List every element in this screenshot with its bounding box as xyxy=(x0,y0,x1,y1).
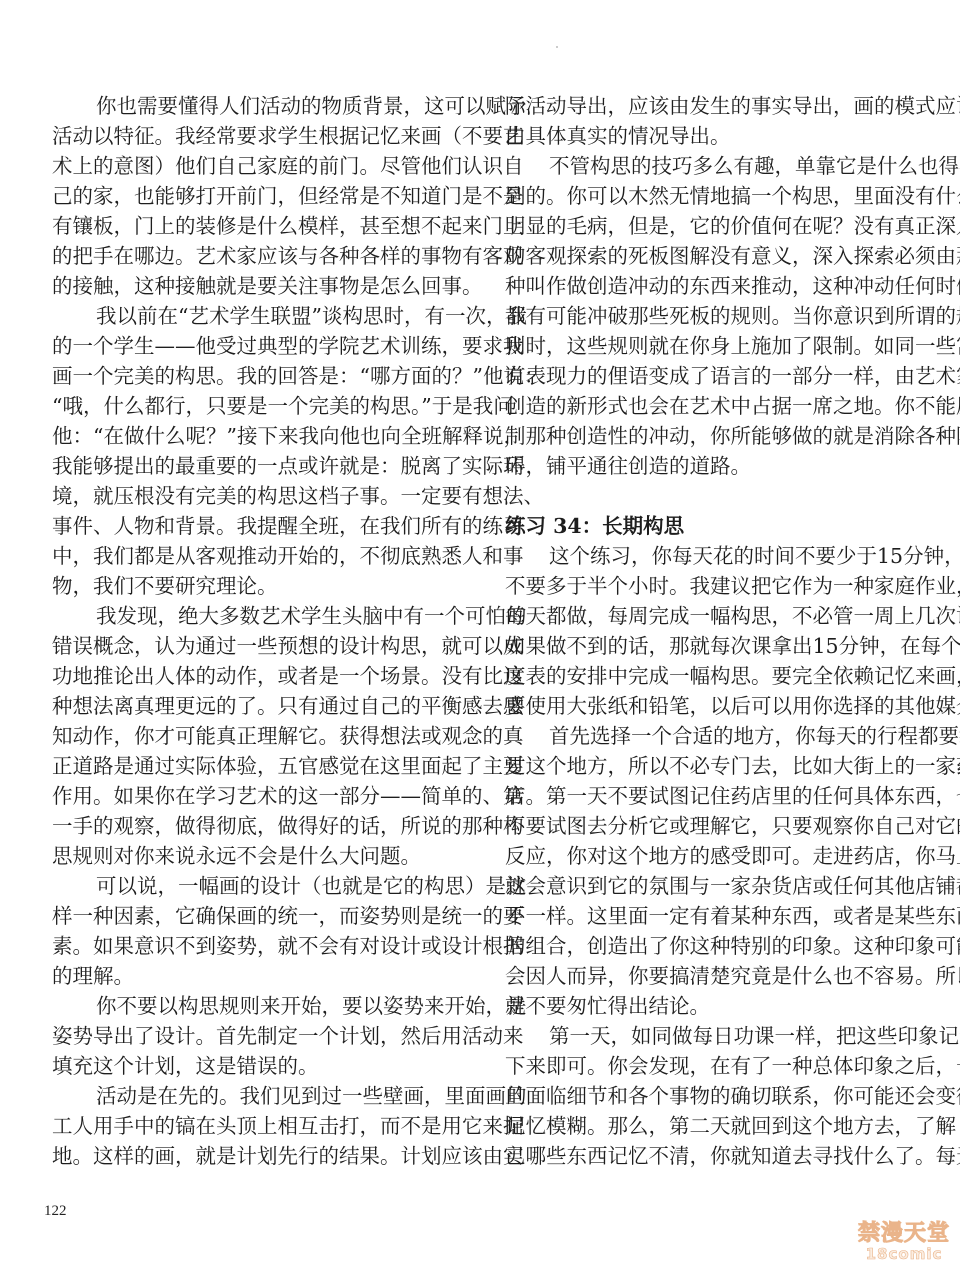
text-line: 要使用大张纸和铅笔，以后可以用你选择的其他媒介。 xyxy=(505,691,913,721)
text-line: 的把手在哪边。艺术家应该与各种各样的事物有客观 xyxy=(52,241,456,271)
text-line: 我以前在“艺术学生联盟”谈构思时，有一次，我 xyxy=(52,301,456,331)
watermark-logo: 禁漫天堂 18comic xyxy=(852,1222,956,1262)
text-line: 事件、人物和背景。我提醒全班，在我们所有的练习 xyxy=(52,511,456,541)
text-line: 思规则对你来说永远不会是什么大问题。 xyxy=(52,841,456,871)
text-line: 都有可能冲破那些死板的规则。当你意识到所谓的规 xyxy=(505,301,913,331)
text-line: 活动以特征。我经常要求学生根据记忆来画（不要艺 xyxy=(52,121,456,151)
text-line: 由具体真实的情况导出。 xyxy=(505,121,913,151)
text-line: 素。如果意识不到姿势，就不会有对设计或设计根据 xyxy=(52,931,456,961)
text-line: 的接触，这种接触就是要关注事物是怎么回事。 xyxy=(52,271,456,301)
text-line: 我发现，绝大多数艺术学生头脑中有一个可怕的 xyxy=(52,601,456,631)
text-line: 过这个地方，所以不必专门去，比如大街上的一家药 xyxy=(505,751,913,781)
book-page: 你也需要懂得人们活动的物质背景，这可以赋予 活动以特征。我经常要求学生根据记忆来… xyxy=(0,0,960,1270)
text-line: 术上的意图）他们自己家庭的前门。尽管他们认识自 xyxy=(52,151,456,181)
text-line: 你也需要懂得人们活动的物质背景，这可以赋予 xyxy=(52,91,456,121)
paragraph: 不管构思的技巧多么有趣，单靠它是什么也得不 到的。你可以木然无情地搞一个构思，里… xyxy=(505,151,913,481)
text-line: 一手的观察，做得彻底，做得好的话，所说的那种构 xyxy=(52,811,456,841)
text-line: 他：“在做什么呢？”接下来我向他也向全班解释说， xyxy=(52,421,456,451)
text-line: “哦，什么都行，只要是一个完美的构思。”于是我问 xyxy=(52,391,456,421)
paragraph: 这个练习，你每天花的时间不要少于15分钟，也 不要多于半个小时。我建议把它作为一… xyxy=(505,541,913,721)
text-line: 记忆模糊。那么，第二天就回到这个地方去，了解自 xyxy=(505,1111,913,1141)
text-line: 下来即可。你会发现，在有了一种总体印象之后，一 xyxy=(505,1051,913,1081)
text-line: 有镶板，门上的装修是什么模样，甚至想不起来门上 xyxy=(52,211,456,241)
text-line: 作用。如果你在学习艺术的这一部分——简单的、第 xyxy=(52,781,456,811)
text-line: 不要多于半个小时。我建议把它作为一种家庭作业， xyxy=(505,571,913,601)
watermark-subtitle: 18comic xyxy=(852,1246,956,1262)
text-line: 正道路是通过实际体验，五官感觉在这里面起了主要 xyxy=(52,751,456,781)
text-line: 填充这个计划，这是错误的。 xyxy=(52,1051,456,1081)
text-line: 创造的新形式也会在艺术中占据一席之地。你不能压 xyxy=(505,391,913,421)
text-line: 不要试图去分析它或理解它，只要观察你自己对它的 xyxy=(505,811,913,841)
text-line: 的客观探索的死板图解没有意义，深入探索必须由那 xyxy=(505,241,913,271)
text-line: 己哪些东西记忆不清，你就知道去寻找什么了。每天 xyxy=(505,1141,913,1171)
text-line: 不管构思的技巧多么有趣，单靠它是什么也得不 xyxy=(505,151,913,181)
text-line: 你不要以构思规则来开始，要以姿势来开始，是 xyxy=(52,991,456,1021)
text-line: 就不要匆忙得出结论。 xyxy=(505,991,913,1021)
text-line: 物，我们不要研究理论。 xyxy=(52,571,456,601)
text-line: 种叫作做创造冲动的东西来推动，这种冲动任何时候 xyxy=(505,271,913,301)
text-line: 的组合，创造出了你这种特别的印象。这种印象可能 xyxy=(505,931,913,961)
text-line: 制那种创造性的冲动，你所能够做的就是消除各种障 xyxy=(505,421,913,451)
text-line: 画一个完美的构思。我的回答是：“哪方面的？”他说： xyxy=(52,361,456,391)
paragraph: 我发现，绝大多数艺术学生头脑中有一个可怕的 错误概念，认为通过一些预想的设计构思… xyxy=(52,601,456,871)
text-line: 首先选择一个合适的地方，你每天的行程都要经 xyxy=(505,721,913,751)
scan-mark xyxy=(556,46,558,48)
text-line: 功地推论出人体的动作，或者是一个场景。没有比这 xyxy=(52,661,456,691)
paragraph: 我以前在“艺术学生联盟”谈构思时，有一次，我 的一个学生——他受过典型的学院艺术… xyxy=(52,301,456,601)
paragraph: 第一天，如同做每日功课一样，把这些印象记录 下来即可。你会发现，在有了一种总体印… xyxy=(505,1021,913,1171)
text-line: 会因人而异，你要搞清楚究竟是什么也不容易。所以， xyxy=(505,961,913,991)
text-line: 的理解。 xyxy=(52,961,456,991)
text-line: 就会意识到它的氛围与一家杂货店或任何其他店铺都 xyxy=(505,871,913,901)
text-line: 际活动导出，应该由发生的事实导出，画的模式应该 xyxy=(505,91,913,121)
text-line: 这个练习，你每天花的时间不要少于15分钟，也 xyxy=(505,541,913,571)
text-line: 如果做不到的话，那就每次课拿出15分钟，在每个进 xyxy=(505,631,913,661)
text-line: 活动是在先的。我们见到过一些壁画，里面画的 xyxy=(52,1081,456,1111)
text-line: 度表的安排中完成一幅构思。要完全依赖记忆来画， xyxy=(505,661,913,691)
watermark-title: 禁漫天堂 xyxy=(852,1222,956,1246)
text-line: 有表现力的俚语变成了语言的一部分一样，由艺术家 xyxy=(505,361,913,391)
text-line: 的一个学生——他受过典型的学院艺术训练，要求我 xyxy=(52,331,456,361)
text-line: 中，我们都是从客观推动开始的，不彻底熟悉人和事 xyxy=(52,541,456,571)
text-line: 知动作，你才可能真正理解它。获得想法或观念的真 xyxy=(52,721,456,751)
page-number: 122 xyxy=(44,1203,67,1220)
paragraph: 你不要以构思规则来开始，要以姿势来开始，是 姿势导出了设计。首先制定一个计划，然… xyxy=(52,991,456,1081)
text-line: 样一种因素，它确保画的统一，而姿势则是统一的要 xyxy=(52,901,456,931)
text-line: 境，就压根没有完美的构思这档子事。一定要有想法、 xyxy=(52,481,456,511)
text-line: 姿势导出了设计。首先制定一个计划，然后用活动来 xyxy=(52,1021,456,1051)
text-line: 则时，这些规则就在你身上施加了限制。如同一些富 xyxy=(505,331,913,361)
text-line: 己的家，也能够打开前门，但经常是不知道门是不是 xyxy=(52,181,456,211)
text-line: 我能够提出的最重要的一点或许就是：脱离了实际环 xyxy=(52,451,456,481)
left-column: 你也需要懂得人们活动的物质背景，这可以赋予 活动以特征。我经常要求学生根据记忆来… xyxy=(52,91,456,1171)
text-line: 错误概念，认为通过一些预想的设计构思，就可以成 xyxy=(52,631,456,661)
paragraph: 可以说，一幅画的设计（也就是它的构思）是这 样一种因素，它确保画的统一，而姿势则… xyxy=(52,871,456,991)
paragraph: 活动是在先的。我们见到过一些壁画，里面画的 工人用手中的镐在头顶上相互击打，而不… xyxy=(52,1081,456,1171)
section-heading: 练习 34：长期构思 xyxy=(505,511,913,541)
text-line: 种想法离真理更远的了。只有通过自己的平衡感去感 xyxy=(52,691,456,721)
paragraph-continued: 际活动导出，应该由发生的事实导出，画的模式应该 由具体真实的情况导出。 xyxy=(505,91,913,151)
text-line: 地。这样的画，就是计划先行的结果。计划应该由实 xyxy=(52,1141,456,1171)
text-line: 第一天，如同做每日功课一样，把这些印象记录 xyxy=(505,1021,913,1051)
text-line: 店。第一天不要试图记住药店里的任何具体东西，也 xyxy=(505,781,913,811)
text-line: 旦面临细节和各个事物的确切联系，你可能还会变得 xyxy=(505,1081,913,1111)
text-line: 可以说，一幅画的设计（也就是它的构思）是这 xyxy=(52,871,456,901)
text-line: 不一样。这里面一定有着某种东西，或者是某些东西 xyxy=(505,901,913,931)
text-line: 到的。你可以木然无情地搞一个构思，里面没有什么 xyxy=(505,181,913,211)
right-column: 际活动导出，应该由发生的事实导出，画的模式应该 由具体真实的情况导出。 不管构思… xyxy=(505,91,913,1171)
paragraph: 首先选择一个合适的地方，你每天的行程都要经 过这个地方，所以不必专门去，比如大街… xyxy=(505,721,913,1021)
text-line: 反应，你对这个地方的感受即可。走进药店，你马上 xyxy=(505,841,913,871)
text-line: 碍，铺平通往创造的道路。 xyxy=(505,451,913,481)
text-line: 明显的毛病，但是，它的价值何在呢？没有真正深入 xyxy=(505,211,913,241)
paragraph: 你也需要懂得人们活动的物质背景，这可以赋予 活动以特征。我经常要求学生根据记忆来… xyxy=(52,91,456,301)
text-line: 每天都做，每周完成一幅构思，不必管一周上几次课。 xyxy=(505,601,913,631)
text-line: 工人用手中的镐在头顶上相互击打，而不是用它来掘 xyxy=(52,1111,456,1141)
